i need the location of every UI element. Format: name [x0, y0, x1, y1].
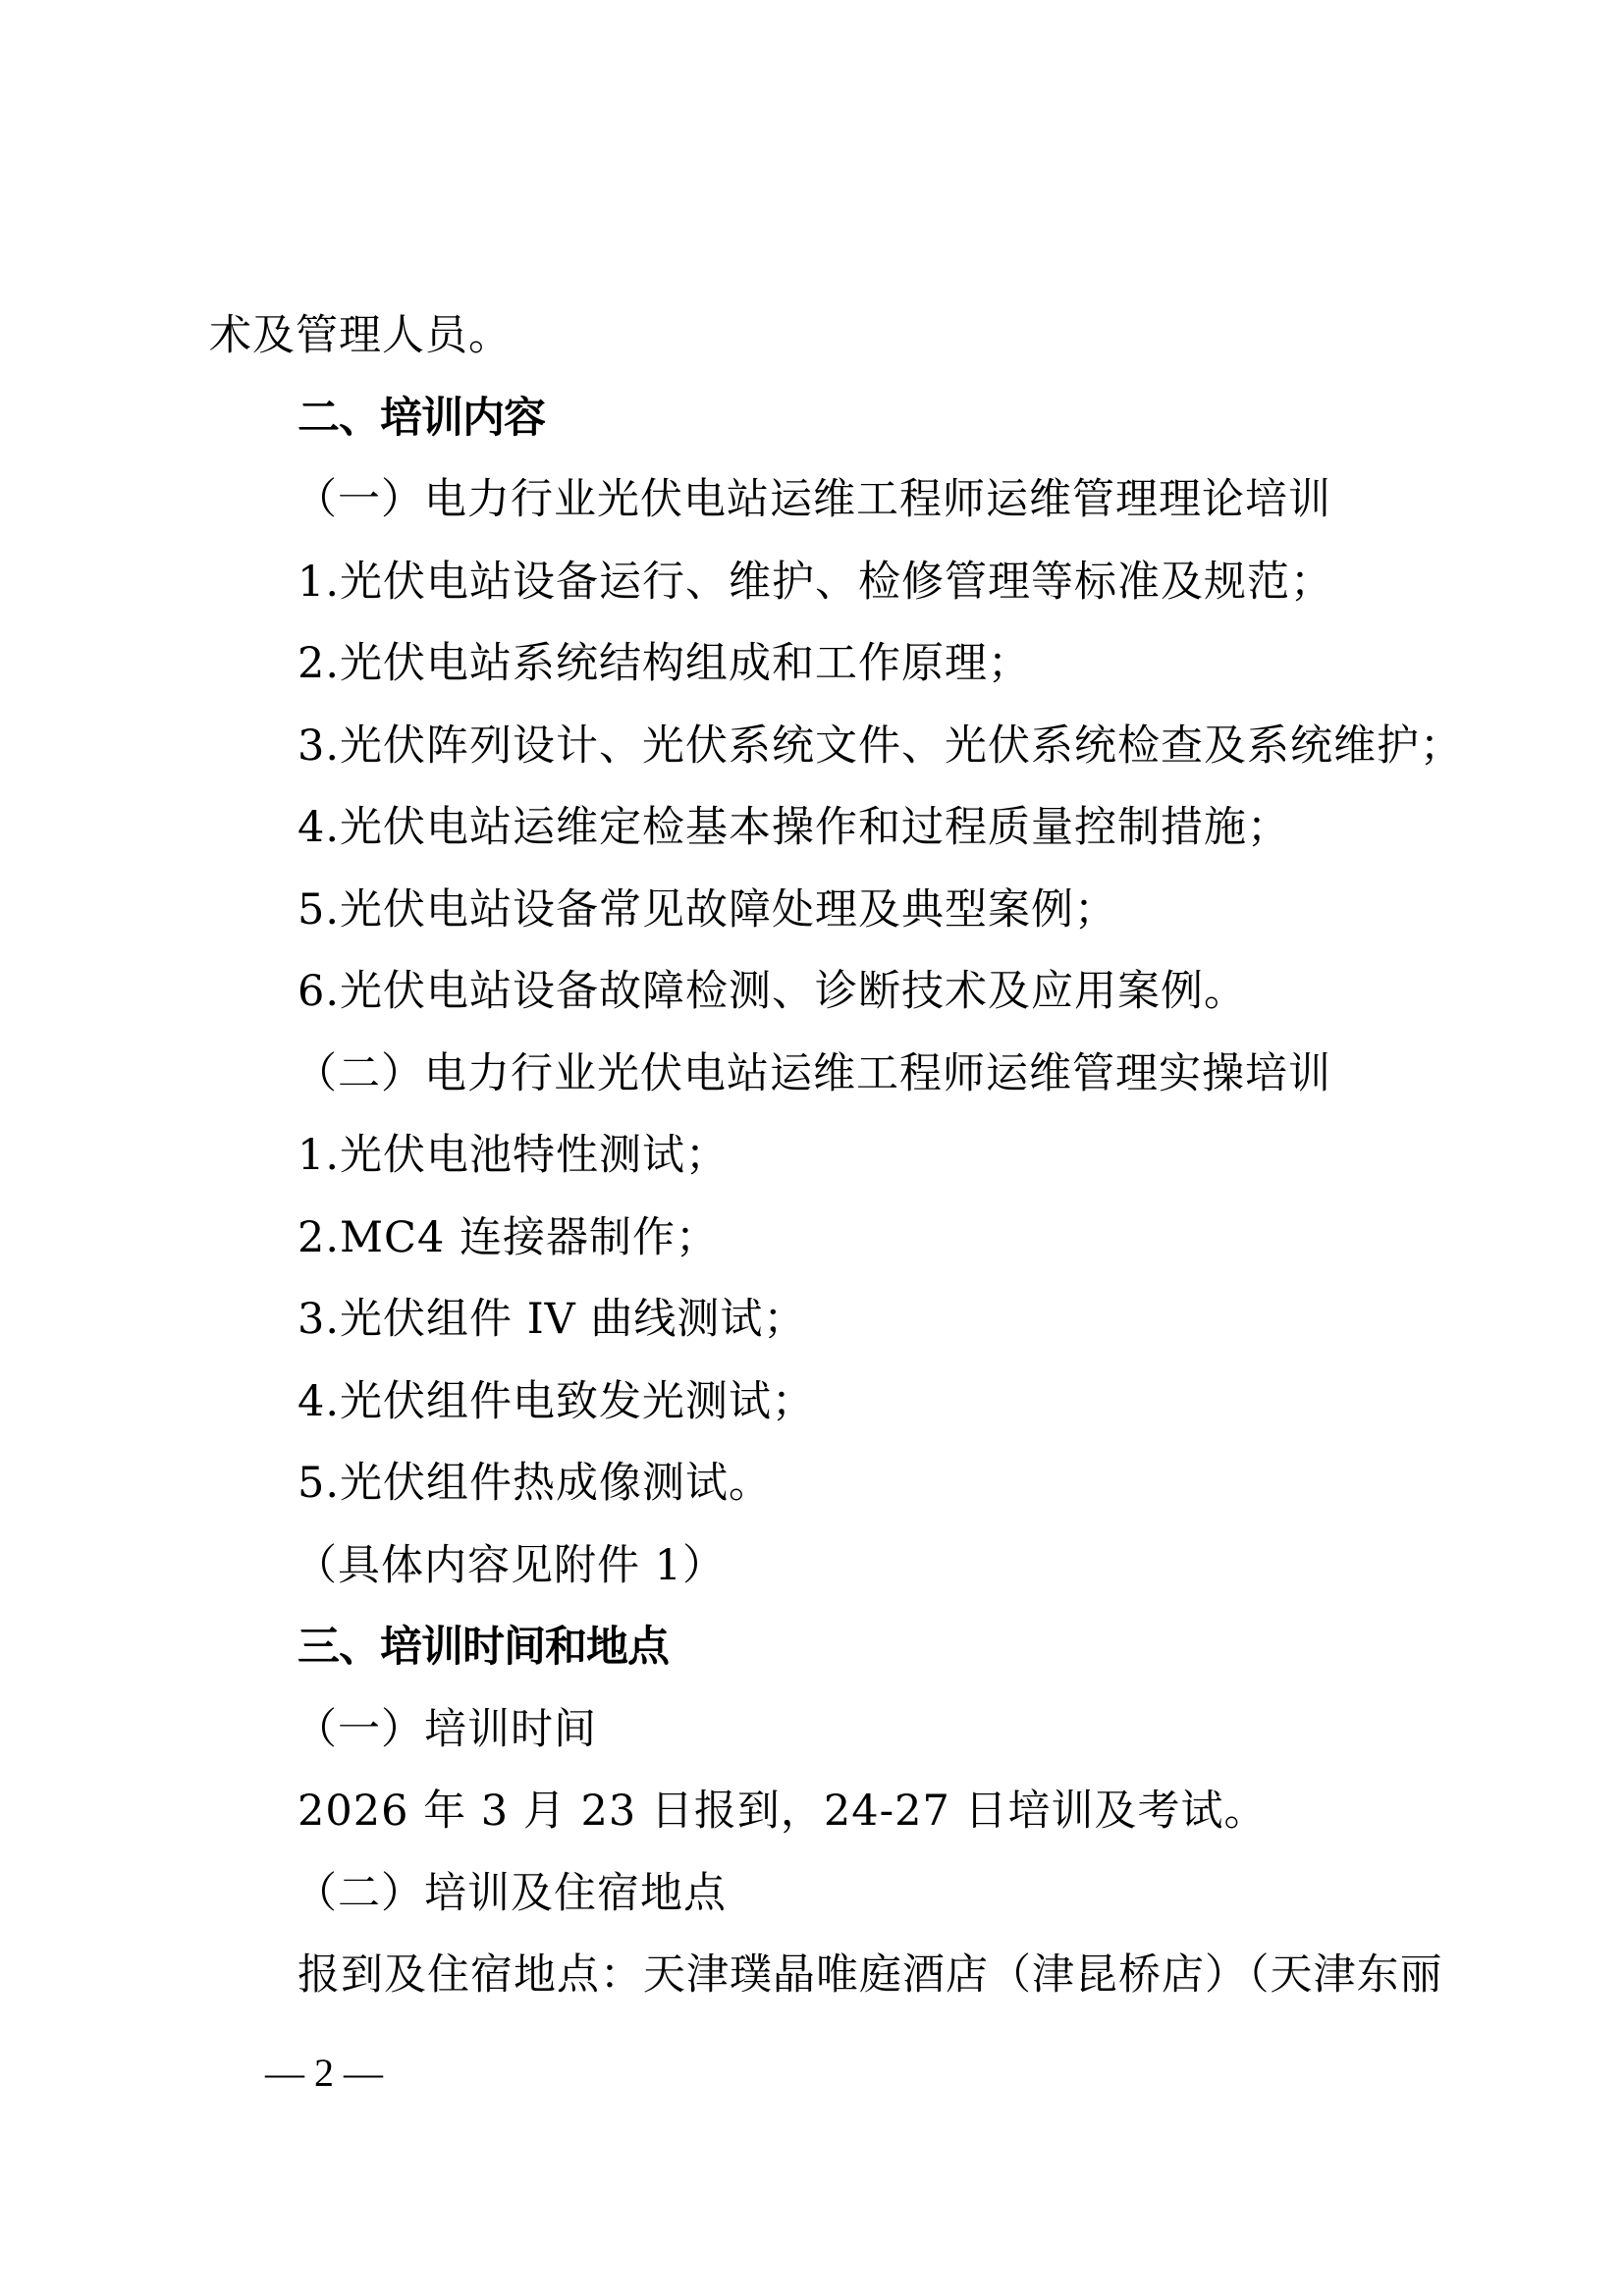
section-heading-time-location: 三、培训时间和地点 — [298, 1606, 1423, 1688]
list-item: 2.光伏电站系统结构组成和工作原理； — [298, 622, 1423, 705]
list-item: 2.MC4 连接器制作； — [298, 1197, 1423, 1279]
list-item: 5.光伏电站设备常见故障处理及典型案例； — [298, 869, 1423, 951]
list-item: 1.光伏电池特性测试； — [298, 1114, 1423, 1197]
subheading-training-location: （二）培训及住宿地点 — [295, 1852, 1508, 1935]
subheading-training-time: （一）培训时间 — [295, 1688, 1508, 1771]
training-date-text: 2026 年 3 月 23 日报到，24-27 日培训及考试。 — [298, 1770, 1423, 1852]
list-item: 4.光伏组件电致发光测试； — [298, 1361, 1423, 1443]
list-item: 3.光伏组件 IV 曲线测试； — [298, 1278, 1423, 1361]
attachment-note: （具体内容见附件 1） — [295, 1524, 1508, 1607]
paragraph-continuation: 术及管理人员。 — [209, 294, 1423, 377]
page-number: — 2 — — [265, 2052, 383, 2095]
list-item: 3.光伏阵列设计、光伏系统文件、光伏系统检查及系统维护； — [298, 705, 1423, 787]
section-heading-training-content: 二、培训内容 — [298, 377, 1423, 459]
subheading-practical-training: （二）电力行业光伏电站运维工程师运维管理实操培训 — [295, 1033, 1508, 1115]
list-item: 6.光伏电站设备故障检测、诊断技术及应用案例。 — [298, 950, 1423, 1033]
subheading-theory-training: （一）电力行业光伏电站运维工程师运维管理理论培训 — [295, 458, 1508, 541]
list-item: 1.光伏电站设备运行、维护、检修管理等标准及规范； — [298, 541, 1423, 623]
location-text: 报到及住宿地点：天津璞晶唯庭酒店（津昆桥店）（天津东丽 — [298, 1934, 1423, 2016]
list-item: 4.光伏电站运维定检基本操作和过程质量控制措施； — [298, 786, 1423, 869]
document-page: 术及管理人员。 二、培训内容 （一）电力行业光伏电站运维工程师运维管理理论培训 … — [0, 0, 1624, 2296]
list-item: 5.光伏组件热成像测试。 — [298, 1442, 1423, 1524]
